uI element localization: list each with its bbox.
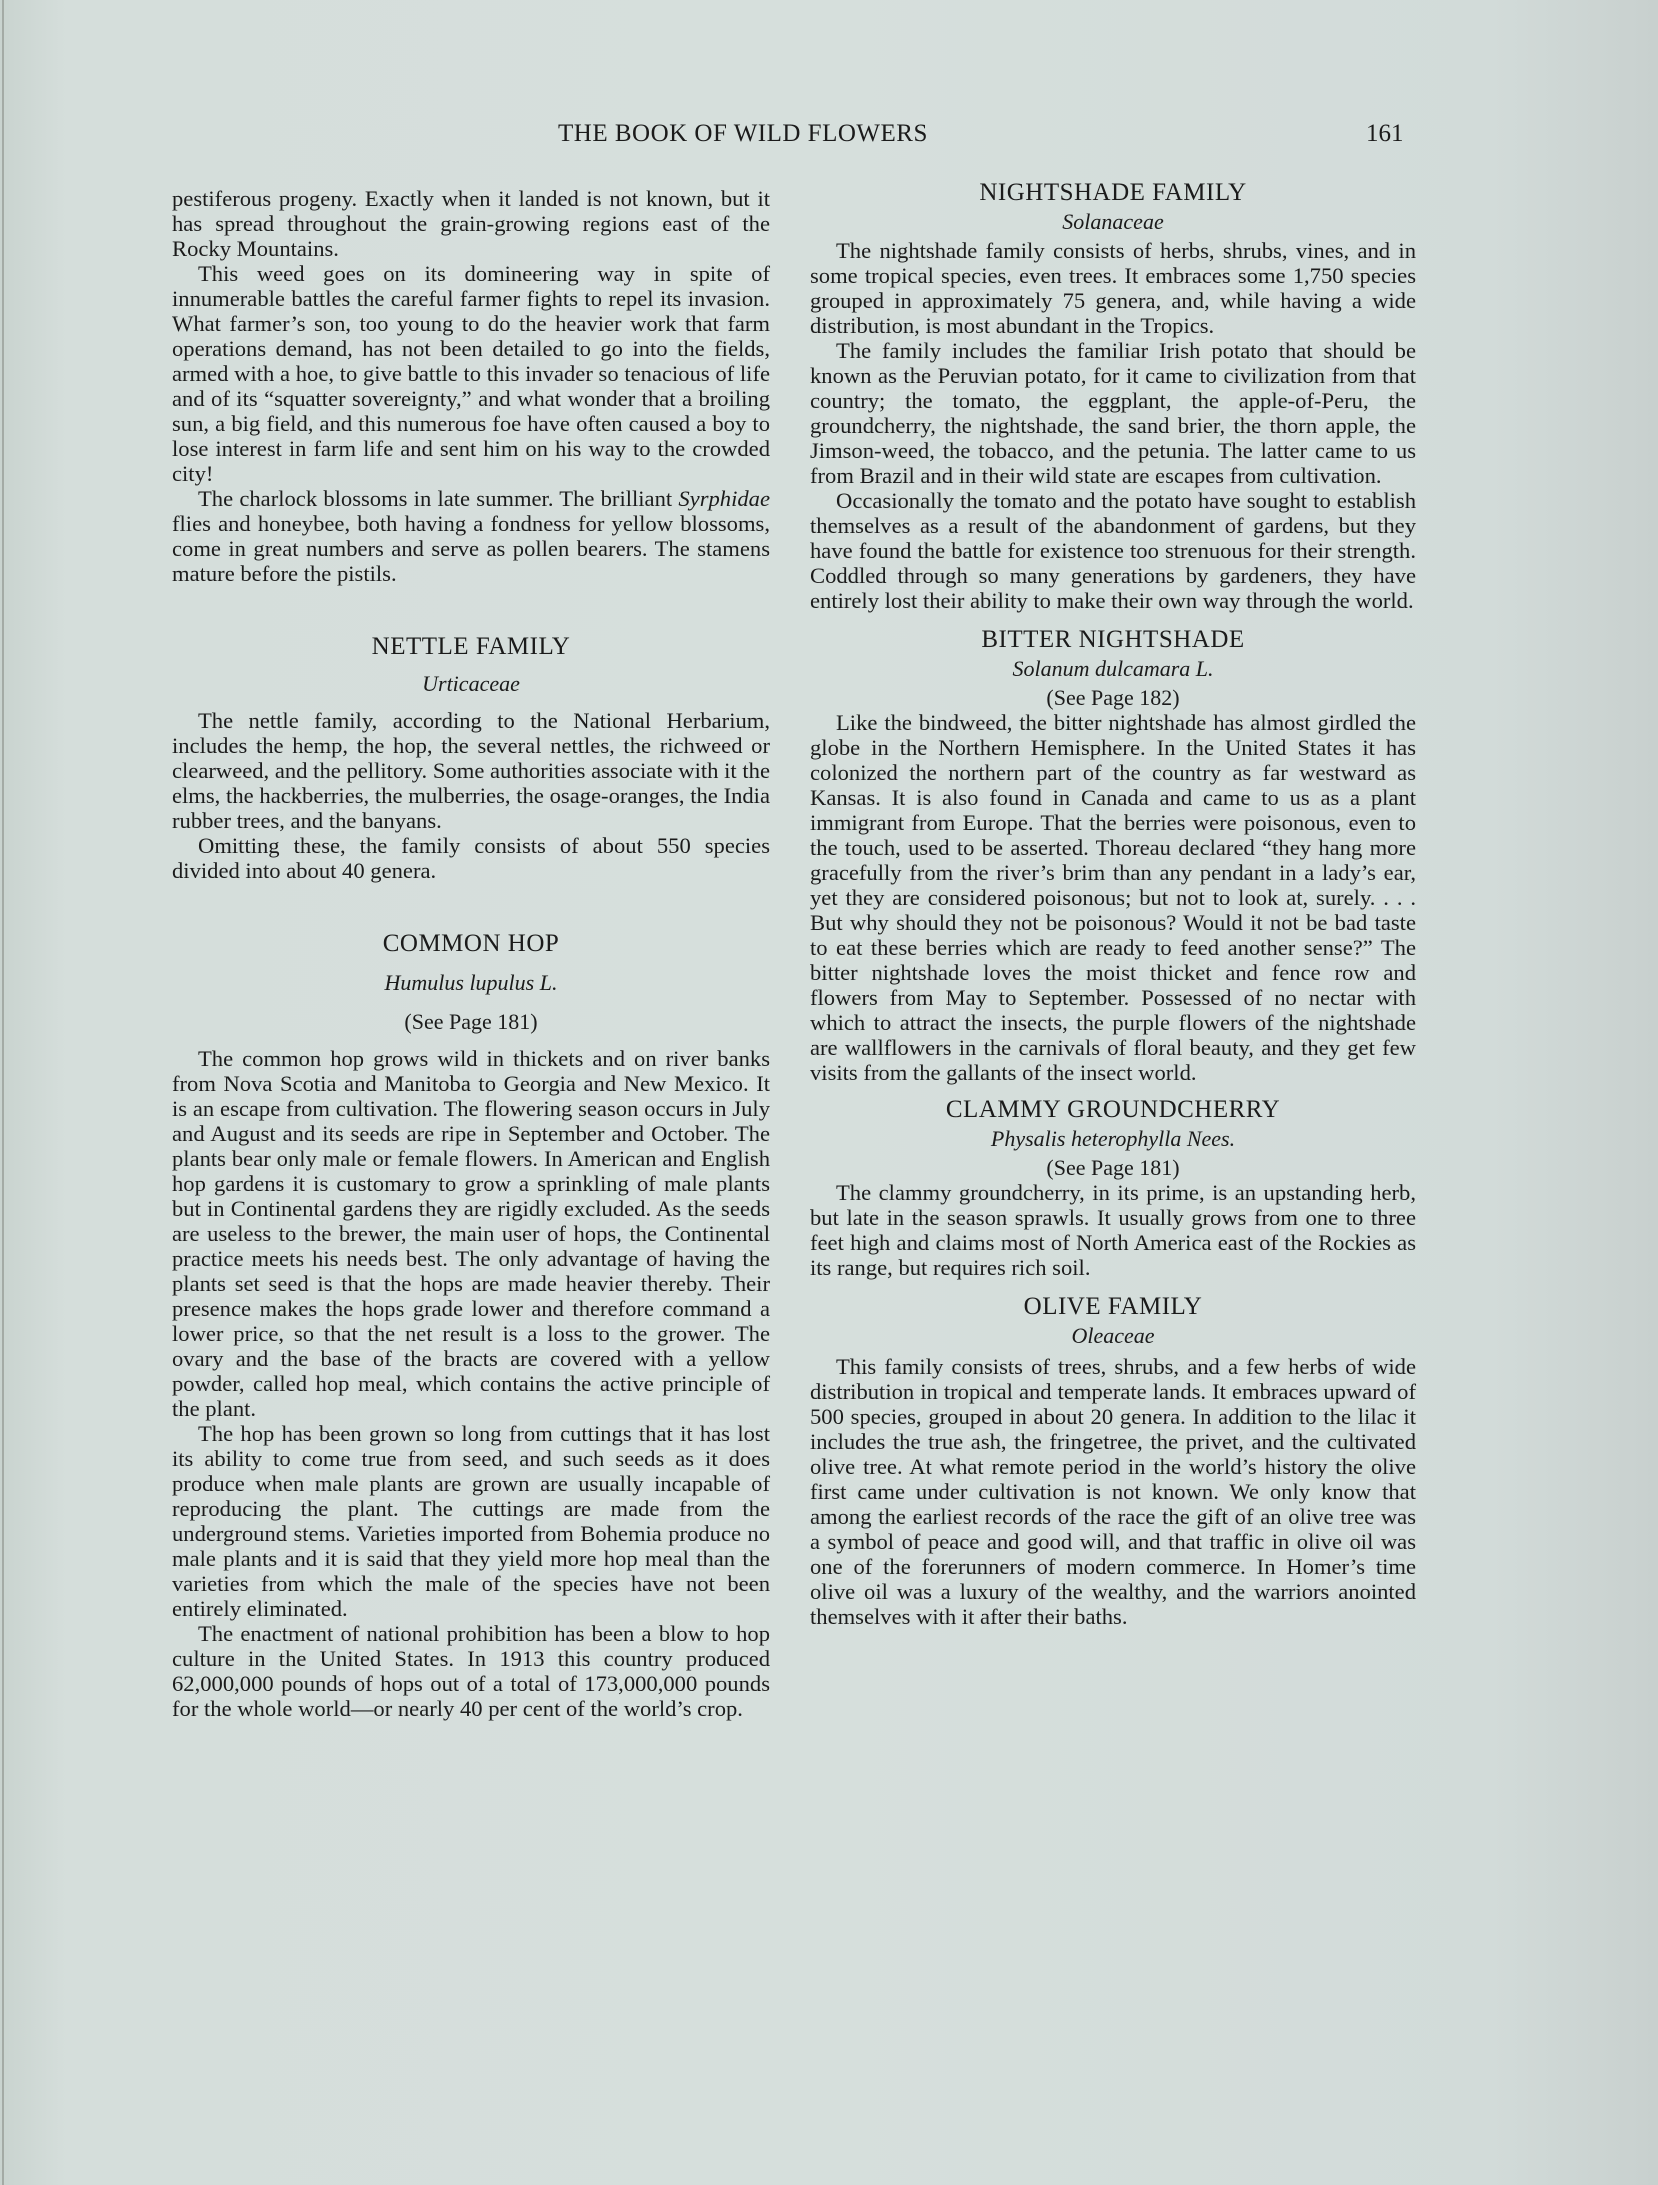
see-page-reference: (See Page 181) — [172, 1009, 770, 1034]
see-page-reference: (See Page 182) — [810, 685, 1416, 710]
running-head: THE BOOK OF WILD FLOWERS 161 — [0, 120, 1658, 160]
scientific-name: Solanaceae — [810, 209, 1416, 234]
section-heading: NIGHTSHADE FAMILY — [810, 180, 1416, 205]
section-heading: CLAMMY GROUNDCHERRY — [810, 1097, 1416, 1122]
section-heading: NETTLE FAMILY — [172, 634, 770, 659]
paragraph: Like the bindweed, the bitter nightshade… — [810, 710, 1416, 1085]
paragraph: The charlock blossoms in late summer. Th… — [172, 486, 770, 586]
see-page-reference: (See Page 181) — [810, 1155, 1416, 1180]
paragraph: The enactment of national prohibition ha… — [172, 1621, 770, 1721]
right-column: NIGHTSHADE FAMILY Solanaceae The nightsh… — [810, 180, 1416, 1629]
scientific-name: Physalis heterophylla Nees. — [810, 1126, 1416, 1151]
text: flies and honeybee, both having a fondne… — [172, 511, 770, 586]
paragraph: The clammy groundcherry, in its prime, i… — [810, 1180, 1416, 1280]
italic-term: Syrphidae — [678, 486, 770, 511]
paragraph: The nightshade family consists of herbs,… — [810, 238, 1416, 338]
paragraph: The nettle family, according to the Nati… — [172, 708, 770, 833]
paragraph: The family includes the familiar Irish p… — [810, 338, 1416, 488]
paragraph: The hop has been grown so long from cutt… — [172, 1421, 770, 1621]
paragraph: Omitting these, the family consists of a… — [172, 833, 770, 883]
paragraph: pestiferous progeny. Exactly when it lan… — [172, 186, 770, 261]
nettle-family-section: NETTLE FAMILY Urticaceae The nettle fami… — [172, 634, 770, 883]
page-edge — [2, 0, 4, 2185]
left-column: pestiferous progeny. Exactly when it lan… — [172, 186, 770, 1721]
clammy-groundcherry-section: CLAMMY GROUNDCHERRY Physalis heterophyll… — [810, 1097, 1416, 1280]
running-title: THE BOOK OF WILD FLOWERS — [558, 120, 928, 148]
text: The charlock blossoms in late summer. Th… — [198, 486, 678, 511]
page-number: 161 — [1366, 120, 1404, 148]
paragraph: The common hop grows wild in thickets an… — [172, 1046, 770, 1421]
charlock-continuation: pestiferous progeny. Exactly when it lan… — [172, 186, 770, 586]
olive-family-section: OLIVE FAMILY Oleaceae This family consis… — [810, 1294, 1416, 1629]
common-hop-section: COMMON HOP Humulus lupulus L. (See Page … — [172, 931, 770, 1721]
section-heading: OLIVE FAMILY — [810, 1294, 1416, 1319]
section-heading: BITTER NIGHTSHADE — [810, 627, 1416, 652]
scientific-name: Solanum dulcamara L. — [810, 656, 1416, 681]
nightshade-family-section: NIGHTSHADE FAMILY Solanaceae The nightsh… — [810, 180, 1416, 613]
section-heading: COMMON HOP — [172, 931, 770, 956]
paragraph: This family consists of trees, shrubs, a… — [810, 1354, 1416, 1629]
paragraph: Occasionally the tomato and the potato h… — [810, 488, 1416, 613]
scientific-name: Urticaceae — [172, 671, 770, 696]
scientific-name: Humulus lupulus L. — [172, 970, 770, 995]
paragraph: This weed goes on its domineering way in… — [172, 261, 770, 486]
scientific-name: Oleaceae — [810, 1323, 1416, 1348]
bitter-nightshade-section: BITTER NIGHTSHADE Solanum dulcamara L. (… — [810, 627, 1416, 1085]
